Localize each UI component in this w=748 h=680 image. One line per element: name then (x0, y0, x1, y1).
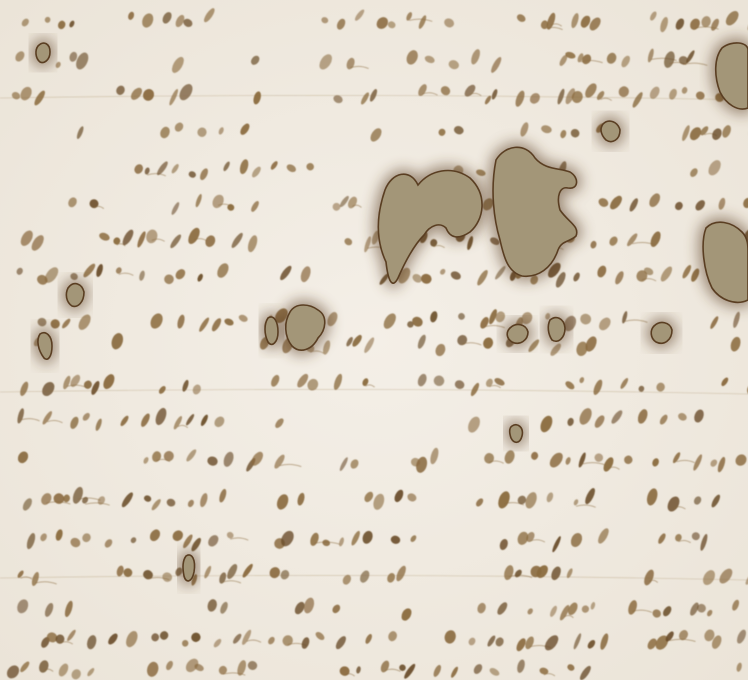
paper-canvas (0, 0, 748, 680)
burnt-paper-image: Close-up of cream paper covered with row… (0, 0, 748, 680)
hole-tiny-4 (601, 121, 620, 141)
hole-tiny-1 (507, 325, 528, 344)
hole-tiny-2 (548, 318, 565, 342)
hole-tiny-8 (510, 425, 523, 443)
hole-tiny-5 (66, 284, 84, 307)
hole-tiny-10 (265, 317, 278, 344)
hole-tiny-9 (183, 555, 195, 581)
hole-tiny-6 (36, 43, 50, 62)
hole-tiny-3 (651, 323, 672, 344)
